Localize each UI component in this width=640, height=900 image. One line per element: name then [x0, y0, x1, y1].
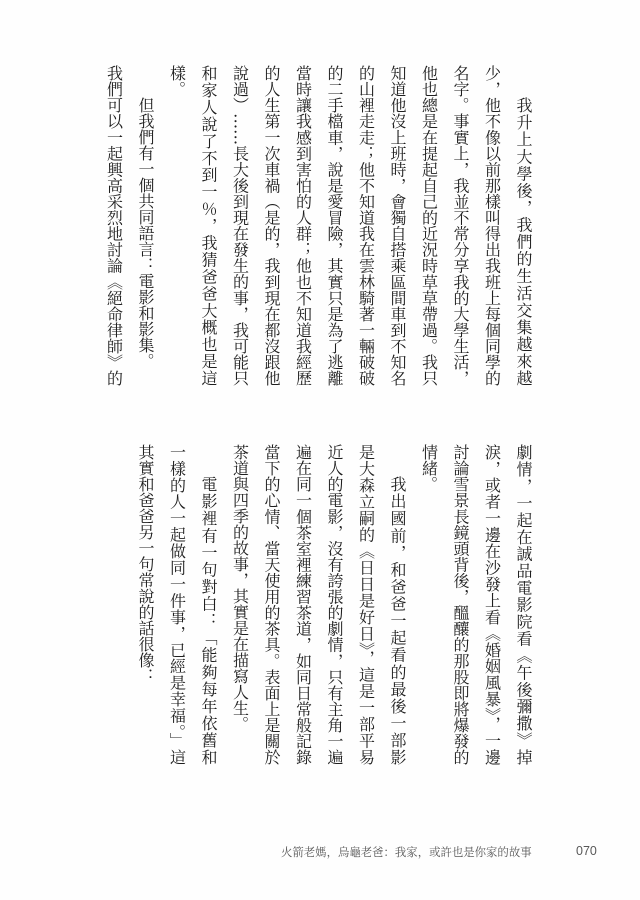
text-column: 名字。事實上，我並不常分享我的大學生活， — [445, 65, 477, 386]
text-block-top: 我升上大學後，我們的生活交集越來越 少，他不像以前那樣叫得出我班上每個同學的 名… — [98, 65, 539, 386]
text-column: 當下的心情、當天使用的茶具。表面上是關於 — [256, 444, 288, 765]
text-column: 電影裡有一句對白：「能夠每年依舊和 — [193, 444, 225, 765]
text-column: 我升上大學後，我們的生活交集越來越 — [508, 65, 540, 386]
text-column: 遍在同一個茶室裡練習茶道，如同日常般記錄 — [287, 444, 319, 765]
text-column: 的二手檔車，說是愛冒險，其實只是為了逃離 — [319, 65, 351, 386]
page-number: 070 — [576, 844, 597, 858]
text-column: 我們可以一起興高采烈地討論《絕命律師》的 — [98, 65, 130, 386]
text-column: 是大森立嗣的《日日是好日》，這是一部平易 — [350, 444, 382, 765]
text-column: 的山裡走走；他不知道我在雲林騎著一輛破破 — [350, 65, 382, 386]
text-column: 和家人說了不到一％，我猜爸爸大概也是這 — [193, 65, 225, 386]
text-column: 他也總是在提起自己的近況時草草帶過。我只 — [413, 65, 445, 386]
text-column: 但我們有一個共同語言：電影和影集。 — [130, 65, 162, 386]
running-footer-book-title: 火箭老媽，烏龜老爸：我家，或許也是你家的故事 — [281, 845, 532, 859]
text-column: 近人的電影，沒有誇張的劇情，只有主角一遍 — [319, 444, 351, 765]
text-column: 一樣的人一起做同一件事，已經是幸福。」這 — [161, 444, 193, 765]
text-column: 當時讓我感到害怕的人群；他也不知道我經歷 — [287, 65, 319, 386]
text-column: 樣。 — [161, 65, 193, 386]
text-column: 說過）……長大後到現在發生的事，我可能只 — [224, 65, 256, 386]
text-column: 知道他沒上班時，會獨自搭乘區間車到不知名 — [382, 65, 414, 386]
text-column: 劇情，一起在誠品電影院看《午後彌撒》掉 — [508, 444, 540, 765]
text-column: 茶道與四季的故事，其實是在描寫人生。 — [224, 444, 256, 765]
text-column: 的人生第一次車禍（是的，我到現在都沒跟他 — [256, 65, 288, 386]
text-column: 少，他不像以前那樣叫得出我班上每個同學的 — [476, 65, 508, 386]
text-column: 情緒。 — [413, 444, 445, 765]
text-column: 淚，或者一邊在沙發上看《婚姻風暴》，一邊 — [476, 444, 508, 765]
text-column: 我出國前，和爸爸一起看的最後一部影 — [382, 444, 414, 765]
text-column: 其實和爸爸另一句常說的話很像： — [130, 444, 162, 765]
book-page: 我升上大學後，我們的生活交集越來越 少，他不像以前那樣叫得出我班上每個同學的 名… — [0, 0, 640, 900]
text-column: 討論雪景長鏡頭背後，醞釀的那股即將爆發的 — [445, 444, 477, 765]
text-block-bottom: 劇情，一起在誠品電影院看《午後彌撒》掉 淚，或者一邊在沙發上看《婚姻風暴》，一邊… — [130, 444, 540, 765]
